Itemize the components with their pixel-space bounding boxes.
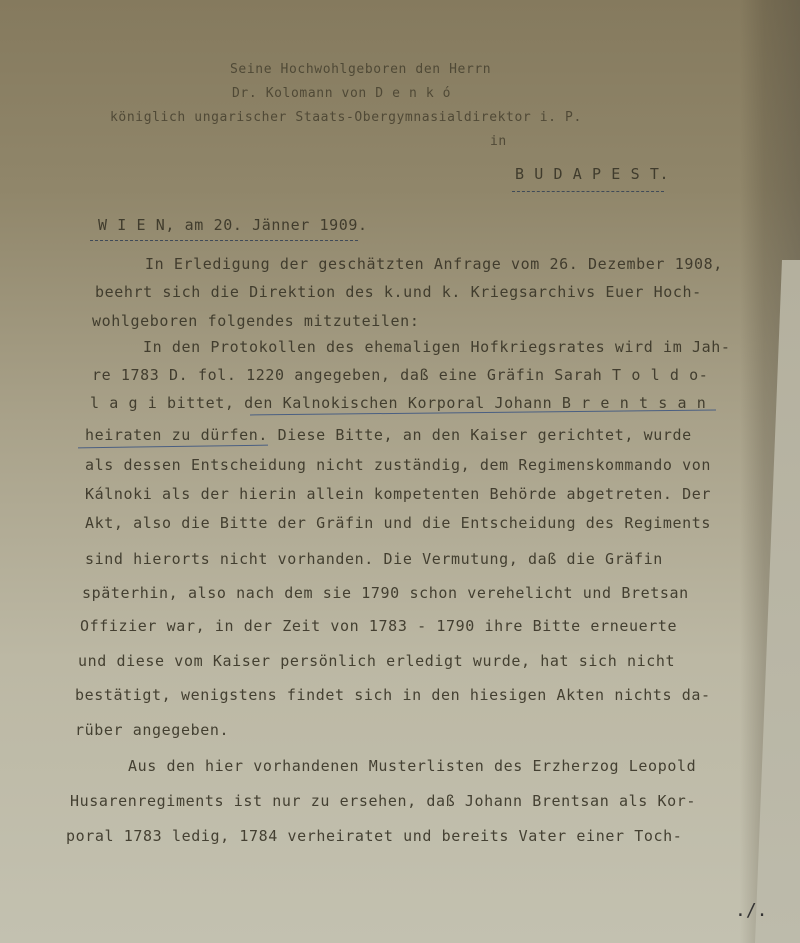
body-line: re 1783 D. fol. 1220 angegeben, daß eine… xyxy=(92,366,708,384)
address-line-3: königlich ungarischer Staats-Obergymnasi… xyxy=(110,110,582,125)
body-line: Akt, also die Bitte der Gräfin und die E… xyxy=(85,514,711,532)
body-line: In Erledigung der geschätzten Anfrage vo… xyxy=(145,255,723,273)
body-line: späterhin, also nach dem sie 1790 schon … xyxy=(82,584,689,602)
body-line: In den Protokollen des ehemaligen Hofkri… xyxy=(143,338,730,356)
dateline: W I E N, am 20. Jänner 1909. xyxy=(98,216,368,234)
body-line: Husarenregiments ist nur zu ersehen, daß… xyxy=(70,792,696,810)
address-line-4: in xyxy=(490,134,507,149)
city-underline xyxy=(512,191,664,192)
body-line: wohlgeboren folgendes mitzuteilen: xyxy=(92,312,419,330)
body-line: als dessen Entscheidung nicht zuständig,… xyxy=(85,456,711,474)
body-line: Offizier war, in der Zeit von 1783 - 179… xyxy=(80,617,677,635)
body-line: sind hierorts nicht vorhanden. Die Vermu… xyxy=(85,550,663,568)
body-line: Kálnoki als der hierin allein kompetente… xyxy=(85,485,711,503)
address-city: B U D A P E S T. xyxy=(515,165,669,183)
body-line: beehrt sich die Direktion des k.und k. K… xyxy=(95,283,702,301)
body-line: l a g i bittet, den Kalnokischen Korpora… xyxy=(90,394,706,412)
body-line: heiraten zu dürfen. Diese Bitte, an den … xyxy=(85,426,692,444)
body-line: Aus den hier vorhandenen Musterlisten de… xyxy=(128,757,696,775)
address-line-1: Seine Hochwohlgeboren den Herrn xyxy=(230,62,491,77)
dateline-underline xyxy=(90,240,358,241)
page-continuation-mark: ./. xyxy=(735,900,768,921)
body-line: bestätigt, wenigstens findet sich in den… xyxy=(75,686,711,704)
address-line-2: Dr. Kolomann von D e n k ó xyxy=(232,86,451,101)
body-line: und diese vom Kaiser persönlich erledigt… xyxy=(78,652,675,670)
body-line: poral 1783 ledig, 1784 verheiratet und b… xyxy=(66,827,682,845)
body-line: rüber angegeben. xyxy=(75,721,229,739)
